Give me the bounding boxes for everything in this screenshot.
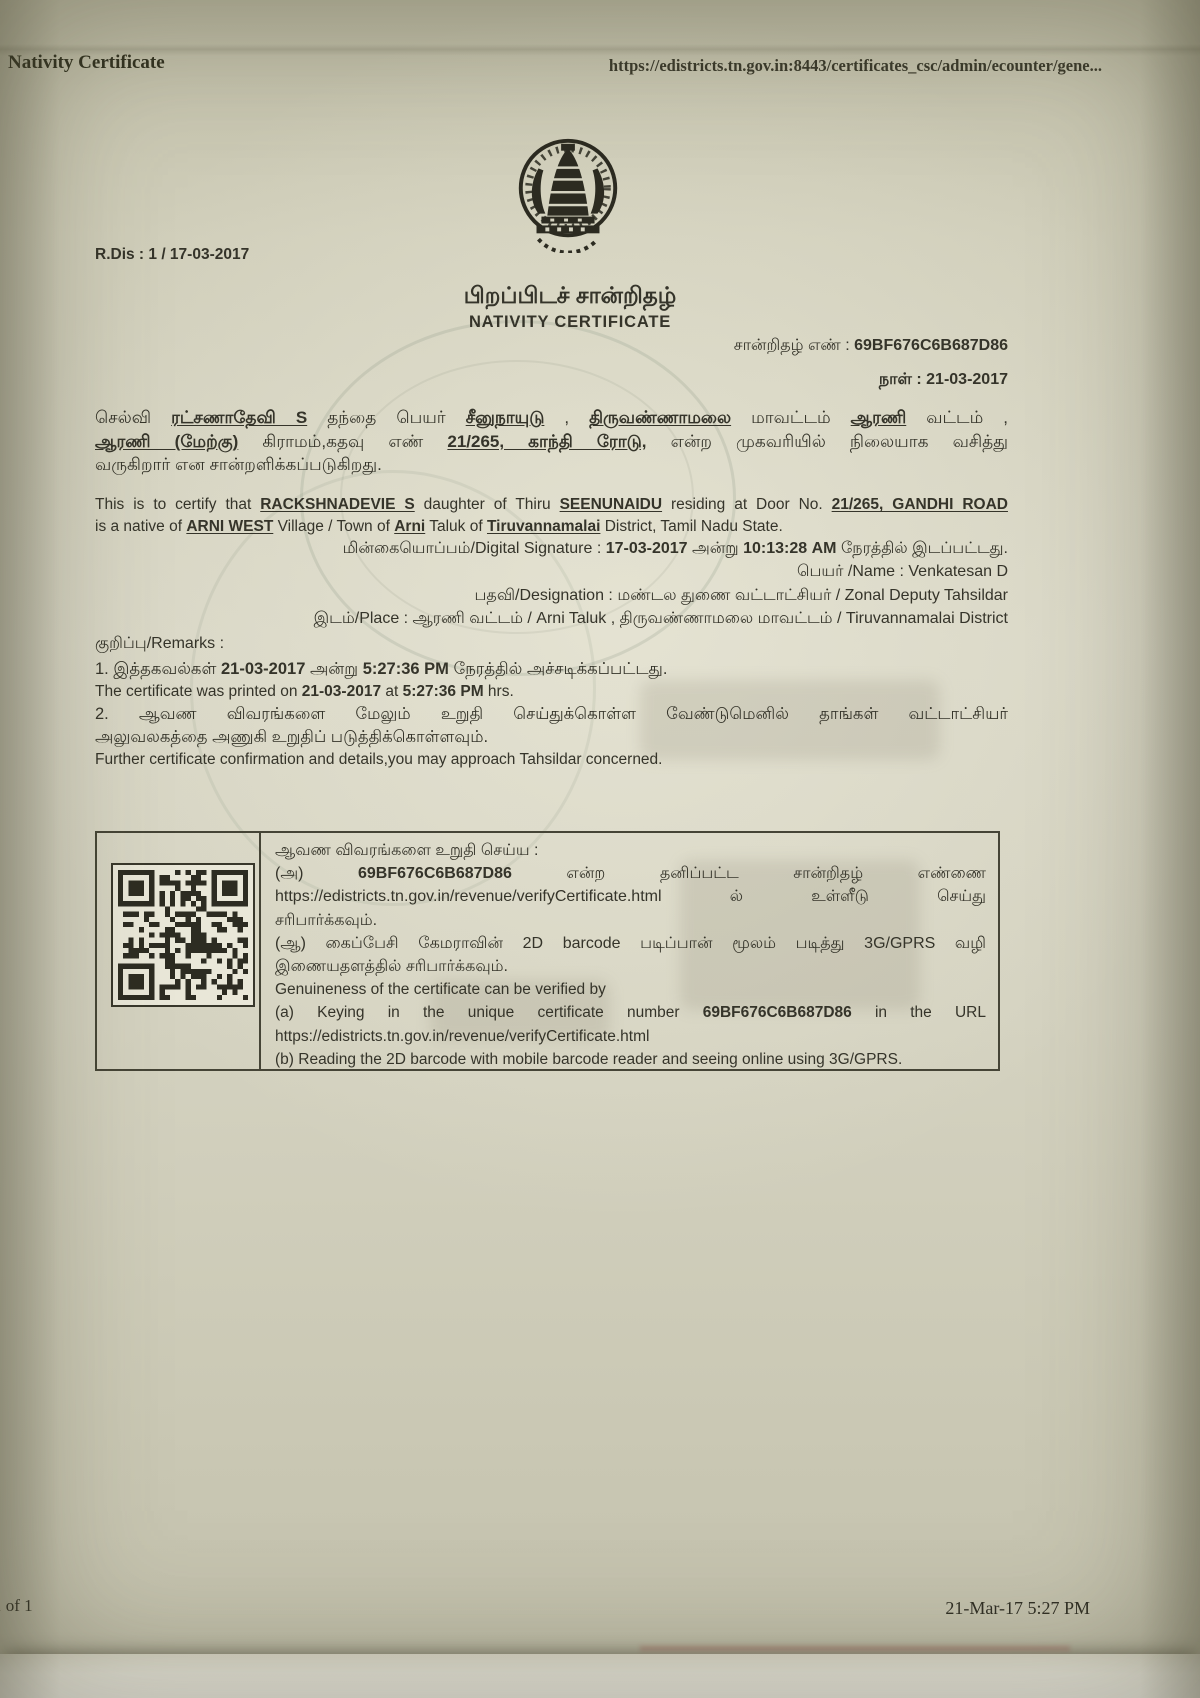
certificate-title-english: NATIVITY CERTIFICATE (0, 310, 1140, 335)
scan-edge-artifact (640, 1646, 1070, 1651)
verify-b-tamil-line-1: (ஆ) கைப்பேசி கேமராவின் 2D barcode படிப்ப… (275, 932, 986, 955)
footer-print-timestamp: 21-Mar-17 5:27 PM (945, 1598, 1090, 1619)
verification-instructions: ஆவண விவரங்களை உறுதி செய்ய : (அ) 69BF676C… (275, 839, 986, 1071)
certificate-date-line: நாள் : 21-03-2017 (95, 370, 1008, 390)
remarks-block: 1. இத்தகவல்கள் 21-03-2017 அன்று 5:27:36 … (95, 658, 1008, 771)
certificate-number-value: 69BF676C6B687D86 (854, 337, 1008, 354)
scan-bottom-edge (0, 1654, 1200, 1698)
tamil-nadu-emblem-icon (498, 131, 638, 253)
remark-1-tamil: 1. இத்தகவல்கள் 21-03-2017 அன்று 5:27:36 … (95, 658, 1008, 681)
intro-tamil-line-1: செல்வி ரட்சணாதேவி S தந்தை பெயர் சீனுநாயு… (95, 406, 1008, 430)
rdis-reference-number: R.Dis : 1 / 17-03-2017 (95, 246, 249, 264)
intro-paragraph-tamil: செல்வி ரட்சணாதேவி S தந்தை பெயர் சீனுநாயு… (95, 406, 1008, 477)
intro-tamil-line-3: வருகிறார் என சான்றளிக்கப்படுகிறது. (95, 453, 1008, 477)
digital-signature-block: மின்கையொப்பம்/Digital Signature : 17-03-… (95, 537, 1008, 631)
certificate-title-block: பிறப்பிடச் சான்றிதழ் NATIVITY CERTIFICAT… (0, 280, 1140, 335)
intro-english-line-1: This is to certify that RACKSHNADEVIE S … (95, 494, 1008, 516)
qr-code-icon (111, 863, 255, 1007)
verify-a-english-line-1: (a) Keying in the unique certificate num… (275, 1001, 986, 1024)
verify-heading-tamil: ஆவண விவரங்களை உறுதி செய்ய : (275, 839, 986, 862)
verify-a-english-line-2: https://edistricts.tn.gov.in/revenue/ver… (275, 1025, 986, 1048)
digital-signature-line: மின்கையொப்பம்/Digital Signature : 17-03-… (95, 537, 1008, 560)
verify-a-tamil-line-2: https://edistricts.tn.gov.in/revenue/ver… (275, 885, 986, 908)
scan-crease (0, 44, 1200, 56)
remark-2-tamil-line-2: அலுவலகத்தை அணுகி உறுதிப் படுத்திக்கொள்ளவ… (95, 726, 1008, 749)
intro-paragraph-english: This is to certify that RACKSHNADEVIE S … (95, 494, 1008, 537)
intro-tamil-line-2: ஆரணி (மேற்கு) கிராமம்,கதவு எண் 21/265, க… (95, 430, 1008, 454)
remarks-label: குறிப்பு/Remarks : (95, 634, 224, 654)
verification-box-divider (259, 833, 261, 1069)
verify-heading-english: Genuineness of the certificate can be ve… (275, 978, 986, 1001)
certificate-number-line: சான்றிதழ் எண் : 69BF676C6B687D86 (95, 336, 1008, 356)
signatory-designation-line: பதவி/Designation : மண்டல துணை வட்டாட்சிய… (95, 584, 1008, 607)
verification-box: ஆவண விவரங்களை உறுதி செய்ய : (அ) 69BF676C… (95, 831, 1000, 1071)
intro-english-line-2: is a native of ARNI WEST Village / Town … (95, 516, 1008, 538)
signatory-place-line: இடம்/Place : ஆரணி வட்டம் / Arni Taluk , … (95, 607, 1008, 630)
certificate-date-label: நாள் : (879, 371, 926, 388)
footer-page-number: 1 of 1 (0, 1596, 33, 1616)
verify-a-tamil-line-3: சரிபார்க்கவும். (275, 909, 986, 932)
remark-2-english: Further certificate confirmation and det… (95, 749, 1008, 771)
browser-print-header-url: https://edistricts.tn.gov.in:8443/certif… (609, 56, 1102, 76)
verify-a-tamil-line-1: (அ) 69BF676C6B687D86 என்ற தனிப்பட்ட சான்… (275, 862, 986, 885)
certificate-title-tamil: பிறப்பிடச் சான்றிதழ் (0, 280, 1140, 310)
remark-1-english: The certificate was printed on 21-03-201… (95, 681, 1008, 703)
certificate-number-label: சான்றிதழ் எண் : (734, 337, 854, 354)
certificate-date-value: 21-03-2017 (926, 371, 1008, 388)
remark-2-tamil-line-1: 2. ஆவண விவரங்களை மேலும் உறுதி செய்துக்கொ… (95, 703, 1008, 726)
verify-b-english: (b) Reading the 2D barcode with mobile b… (275, 1048, 986, 1071)
verify-b-tamil-line-2: இணையதளத்தில் சரிபார்க்கவும். (275, 955, 986, 978)
signatory-name-line: பெயர் /Name : Venkatesan D (95, 560, 1008, 583)
scanned-certificate-photo: Nativity Certificate https://edistricts.… (0, 0, 1200, 1698)
browser-print-header-title: Nativity Certificate (8, 52, 165, 74)
